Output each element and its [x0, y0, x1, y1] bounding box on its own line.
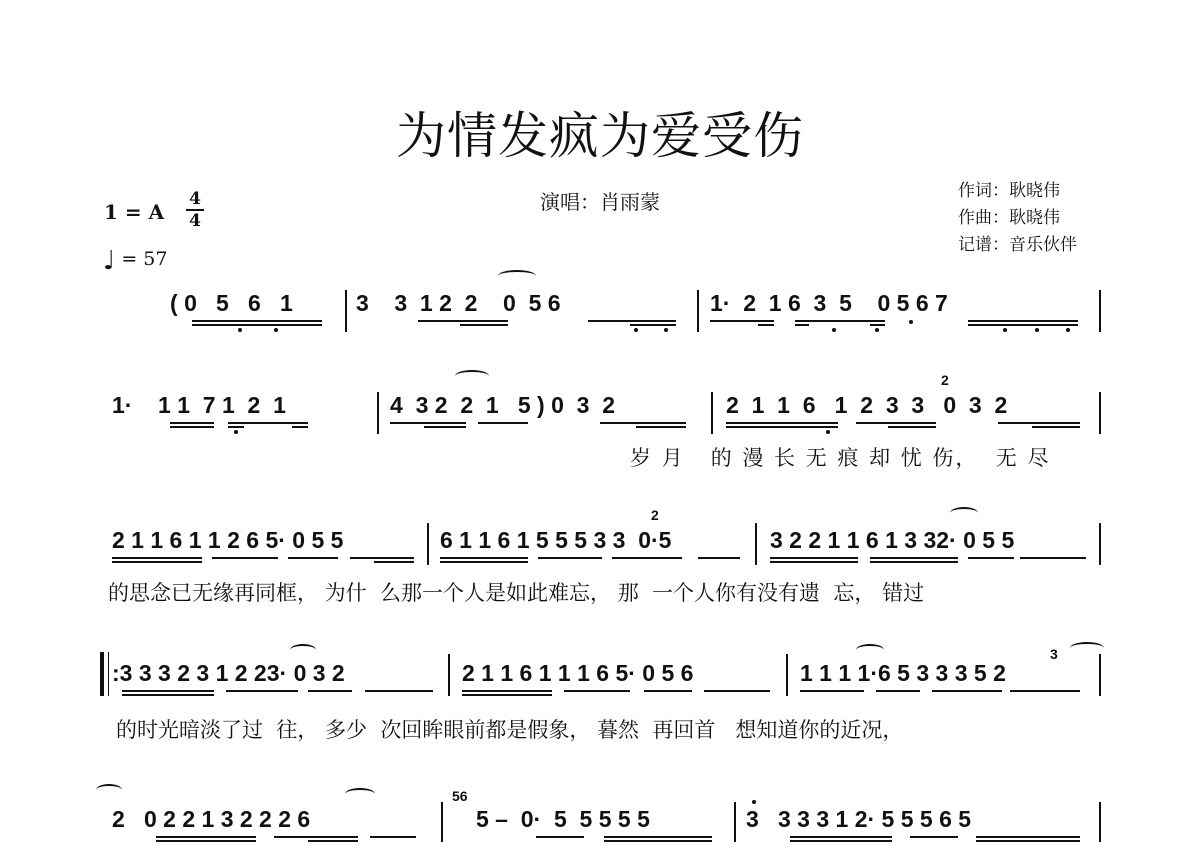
measure: 6 1 1 6 1 5 5 5 3 3 0·5	[440, 527, 671, 554]
beam	[440, 557, 528, 559]
low-octave-dot	[234, 430, 238, 434]
barline	[697, 290, 699, 332]
barline	[1099, 802, 1101, 842]
beam	[564, 690, 630, 692]
beam	[968, 324, 1078, 326]
measure: :3 3 3 2 3 1 2 23· 0 3 2	[112, 660, 345, 687]
beam	[365, 690, 433, 692]
barline	[786, 654, 788, 696]
measure: 3 3 3 3 1 2· 5 5 5 6 5	[746, 806, 971, 833]
tie	[1070, 642, 1104, 654]
barline	[345, 290, 347, 332]
score-line-4: :3 3 3 2 3 1 2 23· 0 3 2 2 1 1 6 1 1 1 6…	[0, 650, 1200, 745]
beam	[870, 324, 885, 326]
beam	[644, 690, 692, 692]
beam	[910, 836, 958, 838]
time-signature-bottom: 4	[186, 212, 204, 230]
beam	[795, 320, 885, 322]
beam	[1010, 690, 1080, 692]
grace-note: 56	[452, 788, 468, 804]
beam	[440, 561, 528, 563]
beam	[374, 561, 414, 563]
beam	[998, 422, 1080, 424]
beam	[112, 557, 202, 559]
beam	[170, 426, 214, 428]
score-line-3: 2 1 1 6 1 1 2 6 5· 0 5 5 6 1 1 6 1 5 5 5…	[0, 515, 1200, 610]
barline	[1099, 654, 1101, 696]
beam	[932, 690, 1002, 692]
beam	[630, 324, 676, 326]
tie	[96, 784, 122, 796]
grace-note: 3	[1050, 646, 1058, 662]
beam	[350, 557, 414, 559]
transcriber-credit: 记谱：音乐伙伴	[958, 232, 1077, 259]
beam	[800, 690, 864, 692]
barline	[711, 392, 713, 434]
beam	[536, 836, 584, 838]
barline	[734, 802, 736, 842]
beam	[212, 557, 278, 559]
beam	[1020, 557, 1086, 559]
beam	[870, 557, 958, 559]
low-octave-dot	[1003, 328, 1007, 332]
barline	[441, 802, 443, 842]
beam	[370, 836, 416, 838]
lyricist-credit: 作词：耿晓伟	[958, 178, 1077, 205]
barline	[1099, 523, 1101, 565]
composer-credit: 作曲：耿晓伟	[958, 205, 1077, 232]
tie	[455, 370, 489, 382]
low-octave-dot	[1066, 328, 1070, 332]
beam	[228, 426, 244, 428]
beam	[604, 836, 712, 838]
measure: 2 1 1 6 1 1 2 6 5· 0 5 5	[112, 527, 343, 554]
barline	[1099, 392, 1101, 434]
beam	[308, 690, 352, 692]
measure: 1 1 1 1·6 5 3 3 3 5 2	[800, 660, 1006, 687]
beam	[288, 557, 338, 559]
beam	[726, 422, 838, 424]
beam	[156, 840, 256, 842]
key-signature: 1 = A	[104, 200, 164, 224]
tie	[950, 507, 978, 519]
low-octave-dot	[274, 328, 278, 332]
beam	[876, 690, 920, 692]
repeat-start-barline-thin	[108, 652, 109, 696]
low-octave-dot	[909, 320, 913, 324]
beam	[122, 694, 214, 696]
grace-note: 2	[651, 507, 659, 523]
measure: 1· 2 1 6 3 5 0 5 6 7	[710, 290, 948, 317]
song-title: 为情发疯为爱受伤	[0, 96, 1200, 168]
beam	[170, 422, 214, 424]
beam	[1032, 426, 1080, 428]
lyrics-line: 岁 月 的 漫 长 无 痕 却 忧 伤， 无 尽	[630, 442, 1050, 472]
beam	[758, 324, 774, 326]
barline	[377, 392, 379, 434]
measure: 2 1 1 6 1 2 3 3 0 3 2	[726, 392, 1007, 419]
low-octave-dot	[875, 328, 879, 332]
tie	[856, 644, 884, 656]
beam	[192, 324, 322, 326]
measure: 4 3 2 2 1 5 ) 0 3 2	[390, 392, 615, 419]
beam	[460, 324, 508, 326]
high-octave-dot	[752, 800, 756, 804]
beam	[870, 561, 958, 563]
beam	[770, 557, 858, 559]
beam	[710, 320, 774, 322]
score-line-1: ( 0 5 6 1 3 3 1 2 2 0 5 6 1· 2 1 6 3 5 0…	[0, 280, 1200, 340]
beam	[976, 840, 1080, 842]
measure: 2 0 2 2 1 3 2 2 2 6	[112, 806, 310, 833]
beam	[228, 422, 308, 424]
barline	[427, 523, 429, 565]
beam	[790, 840, 892, 842]
low-octave-dot	[1035, 328, 1039, 332]
time-signature-top: 4	[186, 190, 204, 208]
low-octave-dot	[832, 328, 836, 332]
beam	[612, 557, 682, 559]
measure: 5 – 0· 5 5 5 5 5	[476, 806, 650, 833]
beam	[968, 320, 1078, 322]
beam	[462, 694, 552, 696]
beam	[636, 426, 686, 428]
beam	[604, 840, 712, 842]
beam	[424, 426, 466, 428]
beam	[588, 320, 676, 322]
lyrics-line: 的时光暗淡了过 往， 多少 次回眸眼前都是假象， 暮然 再回首 想知道你的近况，	[116, 714, 903, 744]
beam	[308, 840, 358, 842]
repeat-start-barline	[100, 652, 104, 696]
beam	[226, 690, 298, 692]
measure: 3 3 1 2 2 0 5 6	[356, 290, 561, 317]
beam	[795, 324, 809, 326]
tempo-value: = 57	[121, 248, 167, 270]
beam	[418, 320, 508, 322]
beam	[390, 422, 466, 424]
barline	[1099, 290, 1101, 332]
beam	[770, 561, 858, 563]
measure: 1· 1 1 7 1 2 1	[112, 392, 286, 419]
beam	[462, 690, 552, 692]
beam	[122, 690, 214, 692]
beam	[538, 557, 602, 559]
beam	[600, 422, 686, 424]
tie	[345, 788, 375, 800]
beam	[704, 690, 770, 692]
credits-block: 作词：耿晓伟 作曲：耿晓伟 记谱：音乐伙伴	[958, 178, 1077, 259]
tempo-marking: ♩ = 57	[103, 246, 167, 276]
tie	[290, 644, 316, 656]
low-octave-dot	[826, 430, 830, 434]
quarter-note-icon: ♩	[103, 246, 115, 276]
low-octave-dot	[634, 328, 638, 332]
beam	[698, 557, 740, 559]
beam	[478, 422, 528, 424]
score-line-5: 2 0 2 2 1 3 2 2 2 6 56 5 – 0· 5 5 5 5 5 …	[0, 790, 1200, 850]
grace-note: 2	[941, 372, 949, 388]
beam	[112, 561, 202, 563]
beam	[274, 836, 358, 838]
time-signature: 4 4	[186, 190, 204, 230]
low-octave-dot	[238, 328, 242, 332]
tie	[498, 270, 536, 282]
low-octave-dot	[664, 328, 668, 332]
measure: 2 1 1 6 1 1 1 6 5· 0 5 6	[462, 660, 693, 687]
beam	[856, 422, 936, 424]
beam	[192, 320, 322, 322]
barline	[755, 523, 757, 565]
beam	[888, 426, 936, 428]
barline	[448, 654, 450, 696]
beam	[968, 557, 1014, 559]
beam	[790, 836, 892, 838]
measure: 3 2 2 1 1 6 1 3 32· 0 5 5	[770, 527, 1014, 554]
beam	[292, 426, 308, 428]
lyrics-line: 的思念已无缘再同框， 为什 么那一个人是如此难忘， 那 一个人你有没有遗 忘， …	[108, 577, 924, 607]
score-line-2: 1· 1 1 7 1 2 1 4 3 2 2 1 5 ) 0 3 2 2 1 1…	[0, 380, 1200, 470]
beam	[976, 836, 1080, 838]
measure: ( 0 5 6 1	[170, 290, 293, 317]
beam	[726, 426, 838, 428]
beam	[156, 836, 256, 838]
